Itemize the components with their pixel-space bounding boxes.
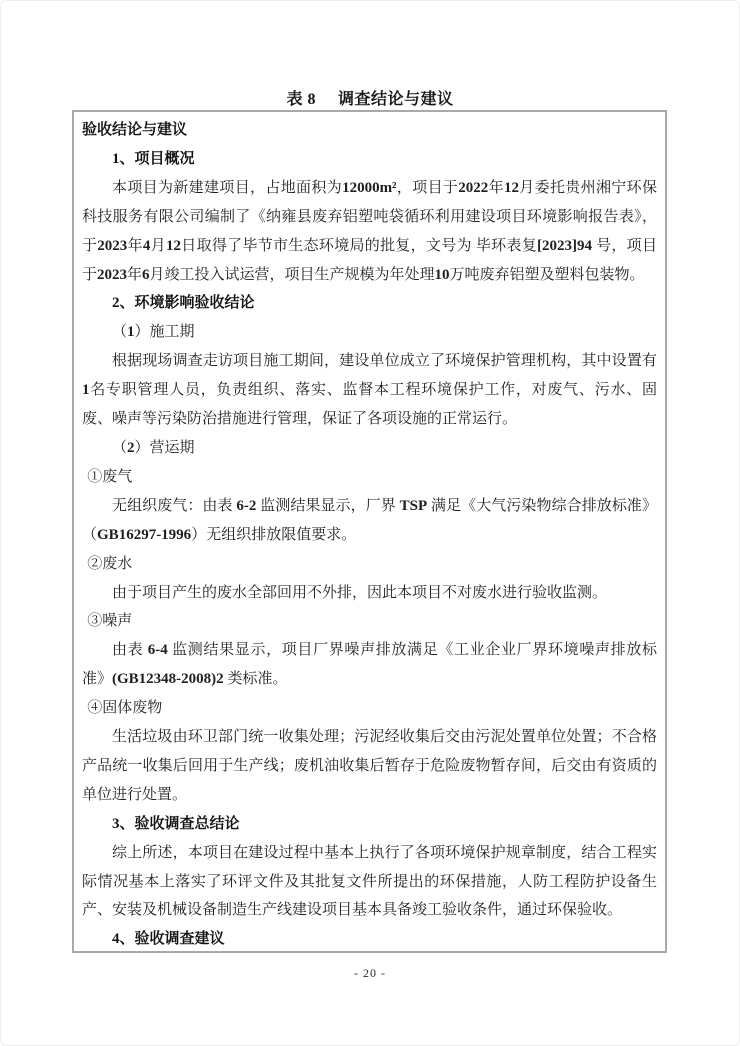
item-heading: ②废水 bbox=[82, 550, 657, 579]
section-heading: 3、验收调查总结论 bbox=[82, 810, 657, 839]
paragraph: 根据现场调查走访项目施工期间，建设单位成立了环境保护管理机构，其中设置有1名专职… bbox=[82, 347, 657, 434]
paragraph: 由表 6-4 监测结果显示，项目厂界噪声排放满足《工业企业厂界环境噪声排放标准》… bbox=[82, 636, 657, 694]
sub-heading: （2）营运期 bbox=[82, 434, 657, 463]
item-heading: ③噪声 bbox=[82, 607, 657, 636]
sub-heading: （1）施工期 bbox=[82, 318, 657, 347]
cell-main-heading: 验收结论与建议 bbox=[82, 116, 657, 145]
conclusion-table-cell: 验收结论与建议1、项目概况本项目为新建建项目，占地面积为12000m²，项目于2… bbox=[72, 110, 667, 953]
section-heading: 1、项目概况 bbox=[82, 145, 657, 174]
table-number-label: 表 8 bbox=[286, 91, 316, 108]
paragraph: 本项目为新建建项目，占地面积为12000m²，项目于2022年12月委托贵州湘宁… bbox=[82, 174, 657, 290]
paragraph: 生活垃圾由环卫部门统一收集处理；污泥经收集后交由污泥处置单位处置；不合格产品统一… bbox=[82, 723, 657, 810]
table-title: 表 8调查结论与建议 bbox=[0, 86, 740, 109]
paragraph: 由于项目产生的废水全部回用不外排，因此本项目不对废水进行验收监测。 bbox=[82, 579, 657, 608]
item-heading: ④固体废物 bbox=[82, 694, 657, 723]
paragraph: 无组织废气：由表 6-2 监测结果显示，厂界 TSP 满足《大气污染物综合排放标… bbox=[82, 492, 657, 550]
item-heading: ①废气 bbox=[82, 463, 657, 492]
table-title-text: 调查结论与建议 bbox=[338, 91, 454, 108]
section-heading: 4、验收调查建议 bbox=[82, 925, 657, 953]
document-page: 表 8调查结论与建议 验收结论与建议1、项目概况本项目为新建建项目，占地面积为1… bbox=[0, 0, 740, 1046]
section-heading: 2、环境影响验收结论 bbox=[82, 289, 657, 318]
page-number: - 20 - bbox=[0, 966, 740, 981]
paragraph: 综上所述，本项目在建设过程中基本上执行了各项环境保护规章制度，结合工程实际情况基… bbox=[82, 839, 657, 926]
